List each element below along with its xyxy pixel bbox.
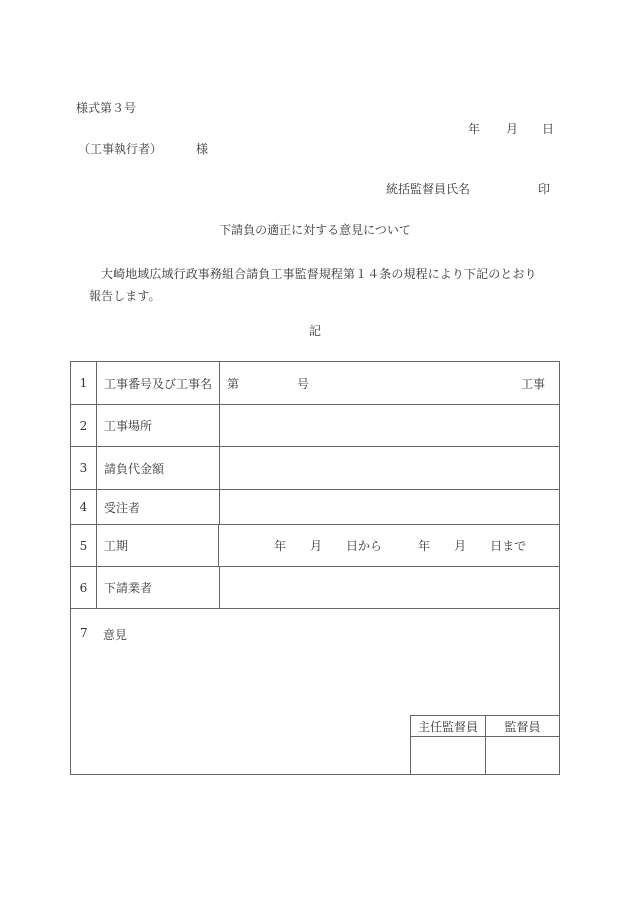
row-label: 請負代金額 [97,447,220,489]
row-label: 工期 [97,525,219,566]
form-number: 様式第３号 [76,101,136,115]
construction-name-field[interactable]: 第 号 工事 [220,362,559,404]
period-start-year: 年 [274,537,286,554]
supervisor-label: 統括監督員氏名 [386,182,470,196]
table-row: 6 下請業者 [71,567,559,609]
construction-period-field[interactable]: 年 月 日から 年 月 日まで [220,525,559,566]
body-text: 大崎地域広域行政事務組合請負工事監督規程第１４条の規程により下記のとおり報告しま… [89,263,539,307]
report-table: 1 工事番号及び工事名 第 号 工事 2 工事場所 3 請負代金額 4 受注者 … [70,361,560,775]
table-row: 2 工事場所 [71,405,559,447]
period-end-month: 月 [454,537,466,554]
table-row: 4 受注者 [71,490,559,525]
row-number: 2 [71,405,97,446]
row-number: 3 [71,447,97,489]
subcontractor-field[interactable] [220,567,559,608]
row-number: 7 [80,626,88,640]
no-prefix: 第 [227,375,239,392]
document-title: 下請負の適正に対する意見について [0,223,630,237]
row-number: 1 [71,362,97,404]
supervisor-column: 監督員 [486,716,559,774]
period-start-day: 日から [346,537,382,554]
row-number: 4 [71,490,97,524]
supervisor-line: 統括監督員氏名印 [386,182,550,196]
period-end-day: 日まで [490,537,526,554]
addressee-line: （工事執行者）様 [78,142,208,156]
row-label: 下請業者 [97,567,220,608]
date-month: 月 [506,122,518,136]
addressee: （工事執行者） [78,142,162,156]
honorific: 様 [196,142,208,156]
date-year: 年 [468,122,480,136]
row-label: 工事場所 [97,405,220,446]
contractor-field[interactable] [220,490,559,524]
approval-stamp-box: 主任監督員 監督員 [410,715,560,775]
table-row: 3 請負代金額 [71,447,559,490]
row-label: 工事番号及び工事名 [97,362,220,404]
table-row: 1 工事番号及び工事名 第 号 工事 [71,362,559,405]
construction-suffix: 工事 [521,375,545,392]
date-day: 日 [542,122,554,136]
table-row: 5 工期 年 月 日から 年 月 日まで [71,525,559,567]
ki-heading: 記 [0,324,630,338]
construction-site-field[interactable] [220,405,559,446]
seal-mark: 印 [538,182,550,196]
period-end-year: 年 [418,537,430,554]
date-line: 年月日 [468,122,554,136]
row-number: 5 [71,525,97,566]
chief-supervisor-column: 主任監督員 [411,716,486,774]
no-suffix: 号 [297,375,309,392]
contract-amount-field[interactable] [220,447,559,489]
opinion-section[interactable]: 7 意見 主任監督員 監督員 [71,609,559,774]
opinion-label: 意見 [103,626,127,643]
row-number: 6 [71,567,97,608]
row-label: 受注者 [97,490,220,524]
period-start-month: 月 [310,537,322,554]
chief-supervisor-label: 主任監督員 [411,716,485,737]
supervisor-label: 監督員 [486,716,559,737]
